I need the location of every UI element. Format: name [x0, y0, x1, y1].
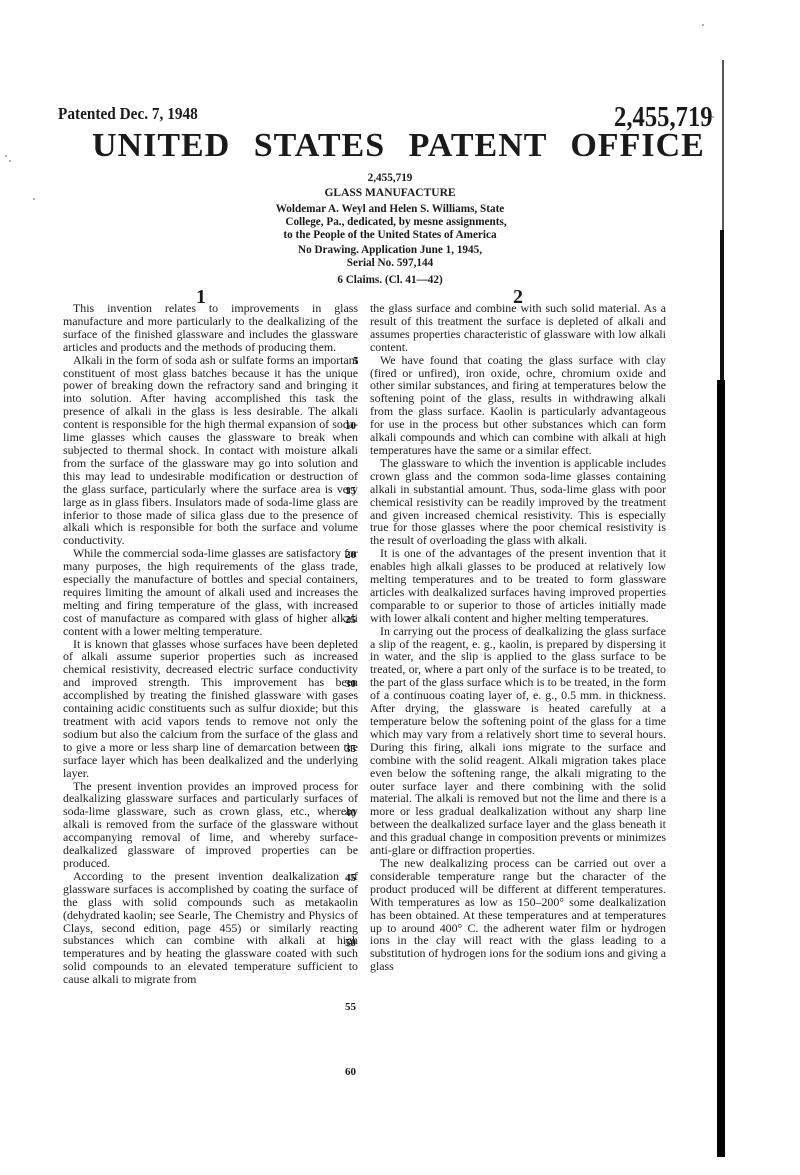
line-number: 40 [345, 807, 356, 819]
scan-speck [702, 24, 704, 26]
patent-page: Patented Dec. 7, 1948 2,455,719 UNITED S… [0, 0, 800, 1175]
claims-classification: 6 Claims. (Cl. 41—42) [0, 274, 780, 287]
paragraph: According to the present invention dealk… [63, 870, 358, 986]
patent-sub-number: 2,455,719 [0, 172, 780, 185]
office-title: UNITED STATES PATENT OFFICE [92, 127, 632, 165]
paragraph: While the commercial soda-lime glasses a… [63, 547, 358, 637]
paragraph: This invention relates to improvements i… [63, 302, 358, 354]
paragraph: the glass surface and combine with such … [370, 302, 666, 354]
invention-title: GLASS MANUFACTURE [0, 187, 780, 200]
scan-speck [5, 155, 7, 157]
line-number: 35 [345, 743, 356, 755]
line-number: 55 [345, 1001, 356, 1013]
text-column-1: This invention relates to improvements i… [63, 302, 358, 986]
paragraph: The glassware to which the invention is … [370, 457, 666, 547]
scan-speck [9, 160, 11, 162]
inventors-line: Woldemar A. Weyl and Helen S. Williams, … [0, 203, 780, 216]
text-column-2: the glass surface and combine with such … [370, 302, 666, 973]
patented-date: Patented Dec. 7, 1948 [58, 104, 198, 124]
paragraph: The new dealkalizing process can be carr… [370, 857, 666, 973]
line-number: 45 [345, 872, 356, 884]
inventors-block: Woldemar A. Weyl and Helen S. Williams, … [0, 203, 780, 242]
line-number: 30 [345, 678, 356, 690]
paragraph: The present invention provides an improv… [63, 780, 358, 870]
serial-line: Serial No. 597,144 [0, 257, 780, 270]
line-number: 5 [353, 355, 359, 367]
line-number: 15 [345, 485, 356, 497]
line-number: 25 [345, 614, 356, 626]
line-number: 20 [345, 549, 356, 561]
inventors-line: College, Pa., dedicated, by mesne assign… [0, 216, 780, 229]
scan-edge-shadow-bottom [717, 380, 725, 1157]
paragraph: Alkali in the form of soda ash or sulfat… [63, 354, 358, 548]
line-number: 50 [345, 937, 356, 949]
paragraph: In carrying out the process of dealkaliz… [370, 625, 666, 857]
line-number: 10 [345, 420, 356, 432]
line-number: 60 [345, 1066, 356, 1078]
paragraph: It is one of the advantages of the prese… [370, 547, 666, 624]
application-line: No Drawing. Application June 1, 1945, [0, 244, 780, 257]
inventors-line: to the People of the United States of Am… [0, 229, 780, 242]
paragraph: We have found that coating the glass sur… [370, 354, 666, 457]
application-block: No Drawing. Application June 1, 1945, Se… [0, 244, 780, 270]
paragraph: It is known that glasses whose surfaces … [63, 638, 358, 780]
